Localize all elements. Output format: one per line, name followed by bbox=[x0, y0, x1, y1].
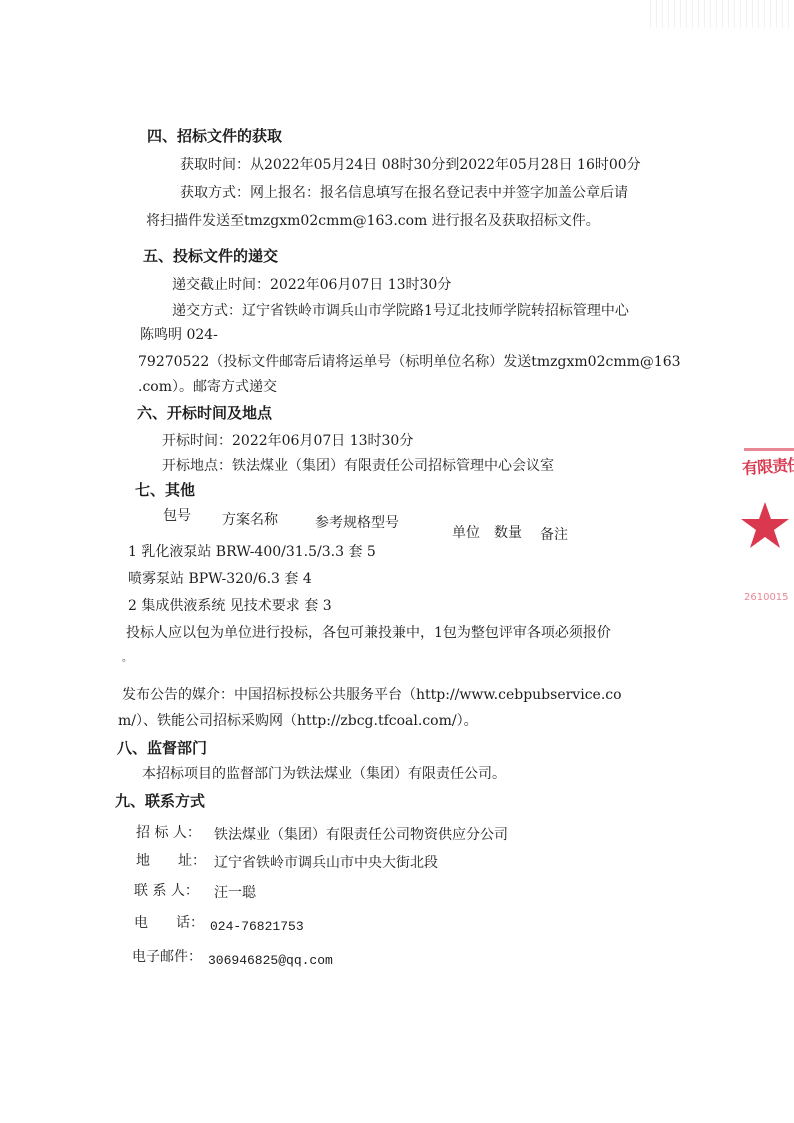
open-time: 开标时间：2022年06月07日 13时30分 bbox=[162, 432, 413, 450]
open-place: 开标地点：铁法煤业（集团）有限责任公司招标管理中心会议室 bbox=[162, 457, 554, 475]
section-heading-5: 五、投标文件的递交 bbox=[143, 247, 278, 265]
acquire-time: 获取时间：从2022年05月24日 08时30分到2022年05月28日 16时… bbox=[180, 156, 641, 174]
submit-method-line3: 79270522（投标文件邮寄后请将运单号（标明单位名称）发送tmzgxm02c… bbox=[138, 353, 681, 371]
supervision-text: 本招标项目的监督部门为铁法煤业（集团）有限责任公司。 bbox=[142, 765, 506, 783]
table-row: 喷雾泵站 BPW-320/6.3 套 4 bbox=[128, 570, 312, 588]
seal-text: 有限责任 bbox=[741, 452, 794, 479]
col-header-package: 包号 bbox=[163, 507, 191, 525]
company-seal: 有限责任 2610015 bbox=[738, 440, 794, 610]
contact-tenderer-label: 招 标 人： bbox=[136, 824, 201, 842]
contact-phone-value: 024-76821753 bbox=[210, 918, 304, 936]
col-header-spec: 参考规格型号 bbox=[315, 514, 399, 532]
contact-person-label: 联 系 人： bbox=[134, 882, 199, 900]
table-row: 2 集成供液系统 见技术要求 套 3 bbox=[128, 597, 332, 615]
section-heading-4: 四、招标文件的获取 bbox=[147, 127, 282, 145]
scan-artifact bbox=[650, 0, 790, 28]
submit-deadline: 递交截止时间：2022年06月07日 13时30分 bbox=[172, 276, 451, 294]
section-heading-6: 六、开标时间及地点 bbox=[137, 404, 272, 422]
bid-note-line2: 。 bbox=[122, 650, 132, 668]
acquire-method-line2: 将扫描件发送至tmzgxm02cmm@163.com 进行报名及获取招标文件。 bbox=[146, 212, 600, 230]
bid-note-line1: 投标人应以包为单位进行投标，各包可兼投兼中，1包为整包评审各项必须报价 bbox=[126, 624, 611, 642]
col-header-name: 方案名称 bbox=[222, 511, 278, 529]
col-header-qty: 数量 bbox=[494, 524, 522, 542]
submit-method-line4: .com）。邮寄方式递交 bbox=[138, 378, 277, 396]
submit-method-line2: 陈鸣明 024- bbox=[140, 326, 218, 344]
table-row: 1 乳化液泵站 BRW-400/31.5/3.3 套 5 bbox=[128, 543, 376, 561]
contact-person-value: 汪一聪 bbox=[214, 884, 256, 902]
contact-address-value: 辽宁省铁岭市调兵山市中央大街北段 bbox=[214, 854, 438, 872]
contact-email-value: 306946825@qq.com bbox=[208, 952, 333, 970]
seal-number: 2610015 bbox=[744, 592, 789, 603]
contact-tenderer-value: 铁法煤业（集团）有限责任公司物资供应分公司 bbox=[214, 826, 508, 844]
contact-phone-label: 电 话： bbox=[134, 914, 204, 932]
section-heading-8: 八、监督部门 bbox=[117, 739, 207, 757]
contact-email-label: 电子邮件： bbox=[132, 948, 202, 966]
col-header-unit: 单位 bbox=[452, 524, 480, 542]
media-line2: m/）、铁能公司招标采购网（http://zbcg.tfcoal.com/）。 bbox=[118, 712, 478, 730]
seal-border-arc bbox=[744, 448, 794, 451]
section-heading-7: 七、其他 bbox=[135, 481, 195, 499]
star-icon bbox=[740, 500, 790, 550]
acquire-method-line1: 获取方式：网上报名：报名信息填写在报名登记表中并签字加盖公章后请 bbox=[180, 184, 628, 202]
contact-address-label: 地 址： bbox=[136, 852, 206, 870]
submit-method-line1: 递交方式：辽宁省铁岭市调兵山市学院路1号辽北技师学院转招标管理中心 bbox=[172, 302, 629, 320]
media-line1: 发布公告的媒介：中国招标投标公共服务平台（http://www.cebpubse… bbox=[122, 686, 622, 704]
col-header-remark: 备注 bbox=[540, 526, 568, 544]
section-heading-9: 九、联系方式 bbox=[115, 792, 205, 810]
